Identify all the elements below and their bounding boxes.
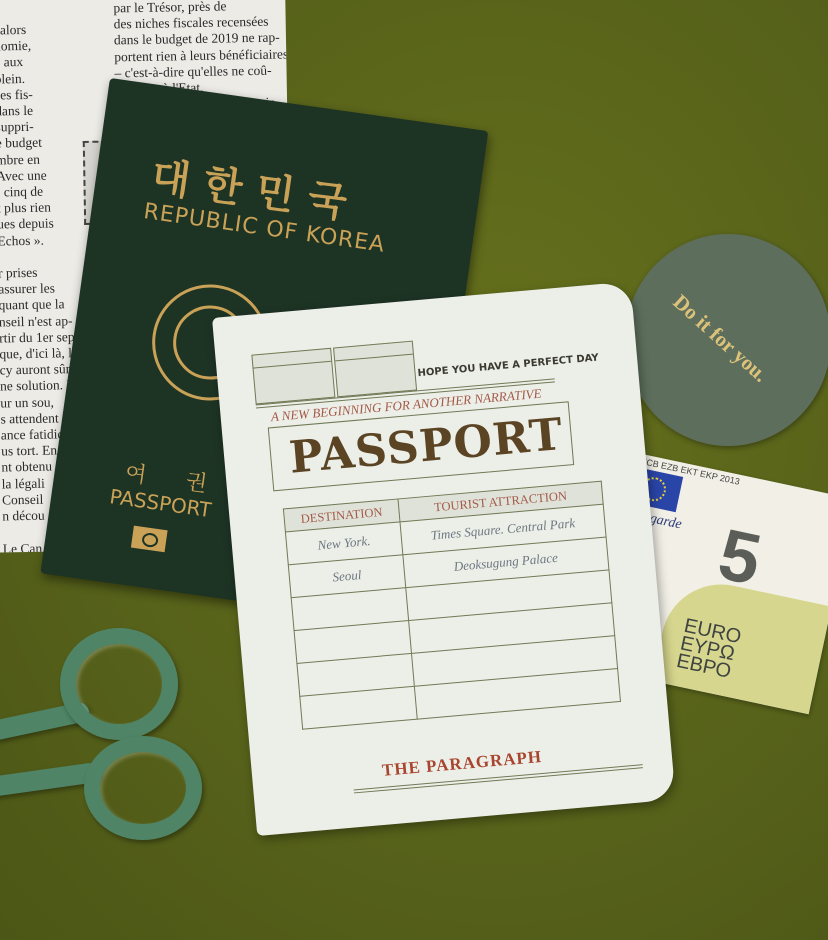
paragraph-passport-cover: HOPE YOU HAVE A PERFECT DAY A NEW BEGINN… [212, 281, 676, 836]
tagline: HOPE YOU HAVE A PERFECT DAY [417, 352, 599, 379]
sticker-text: Do it for you. [668, 290, 773, 388]
photo-box [251, 348, 335, 405]
travel-log-table: DESTINATION TOURIST ATTRACTION New York.… [283, 481, 621, 730]
denomination: 5 [712, 513, 768, 602]
scissors-handle-ring [60, 628, 178, 740]
scissors-handle-ring [84, 736, 202, 840]
round-sticker: Do it for you. [625, 234, 828, 446]
biometric-chip-icon [131, 526, 168, 553]
photo-box [333, 341, 417, 398]
currency-words: EURO ΕΥΡΩ ЕВРО [675, 617, 743, 682]
